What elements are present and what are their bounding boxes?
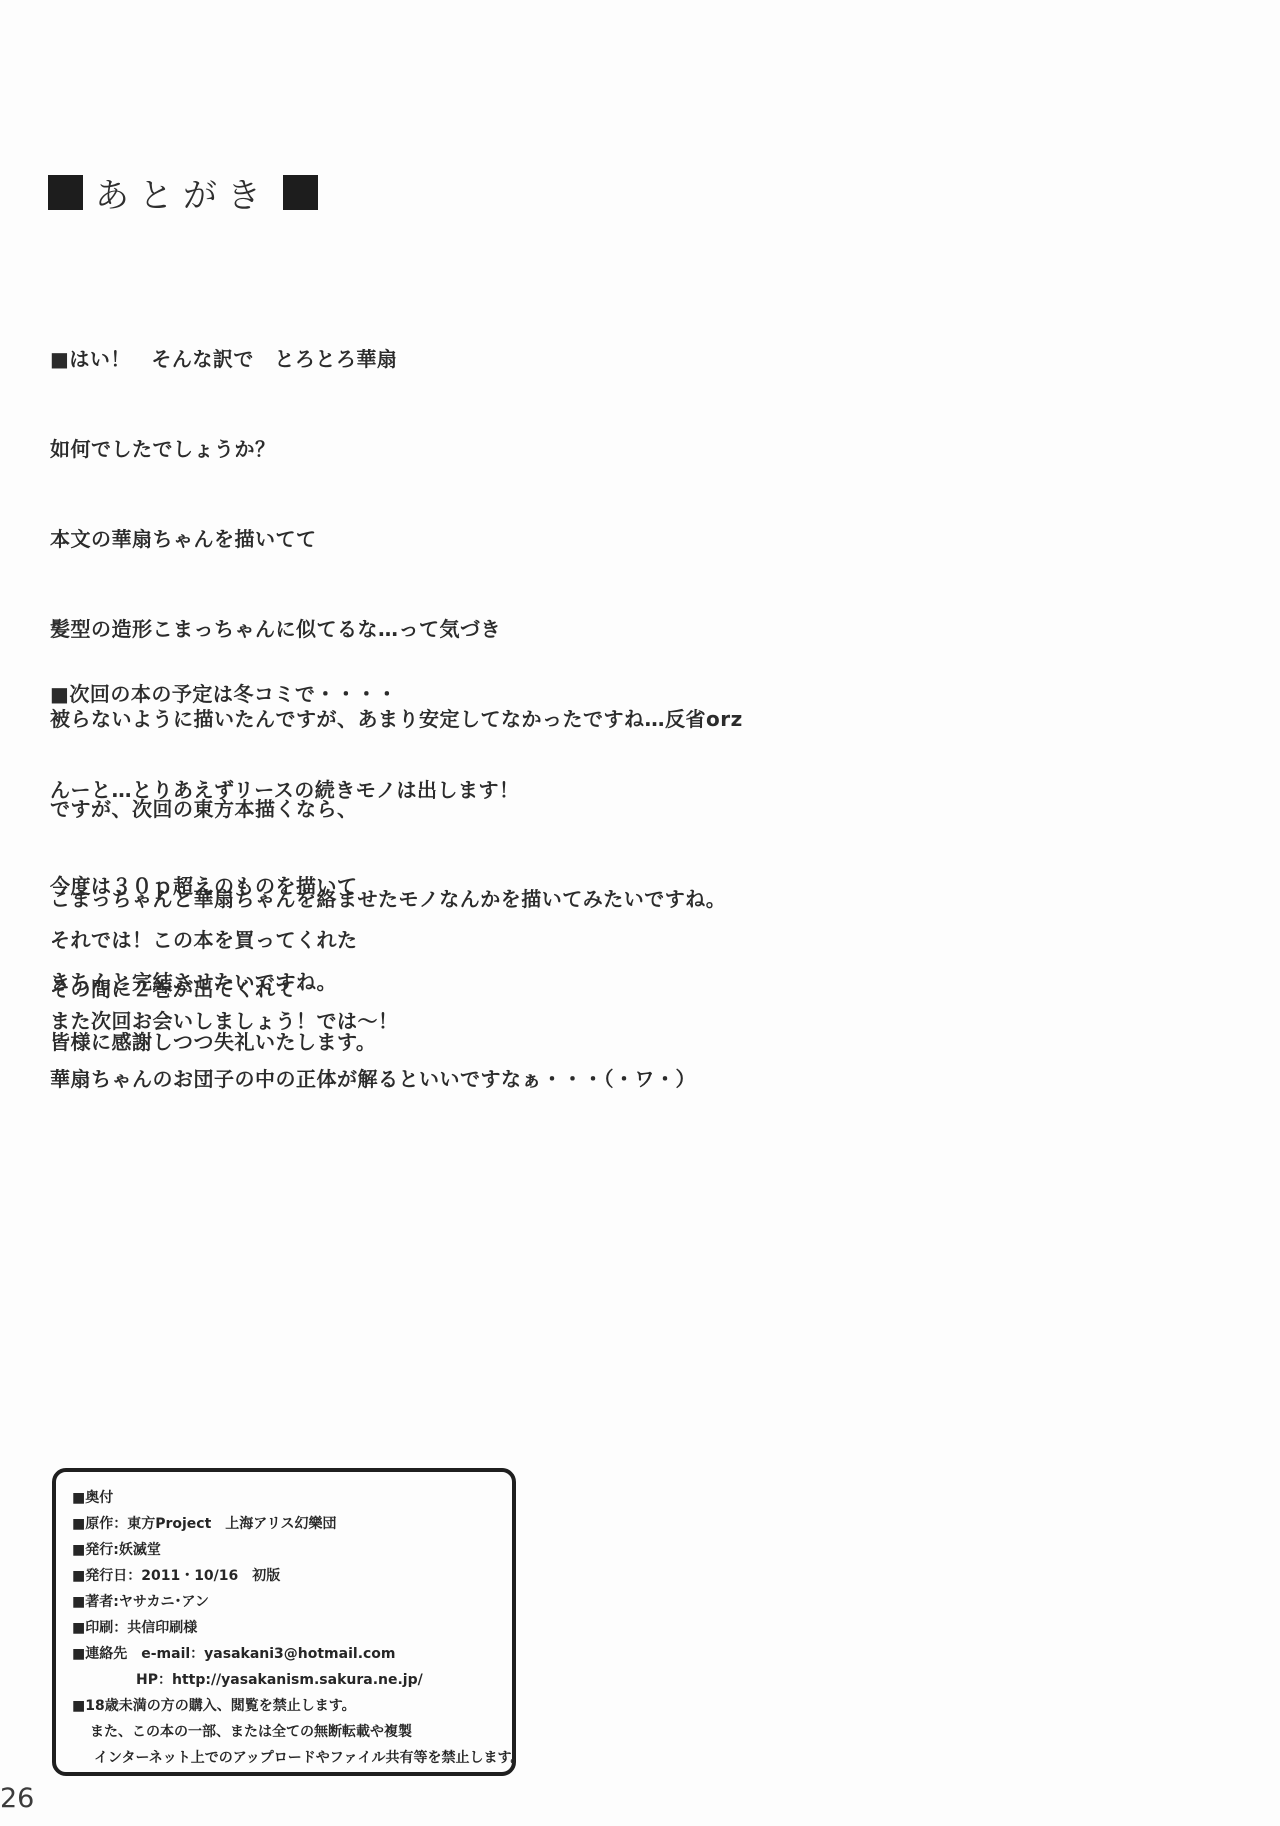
colophon-publisher: ■発行:妖滅堂 — [72, 1537, 508, 1563]
colophon-author: ■著者:ヤサカニ･アン — [72, 1589, 508, 1615]
colophon-contact-email: ■連絡先 e-mail：yasakani3@hotmail.com — [72, 1641, 508, 1667]
black-square-icon — [283, 175, 318, 210]
page-title-text: あとがき — [95, 168, 271, 217]
colophon-original-work: ■原作：東方Project 上海アリス幻樂団 — [72, 1511, 508, 1537]
black-square-icon — [48, 175, 83, 210]
text-line: 本文の華扇ちゃんを描いてて — [50, 524, 743, 554]
text-line: ■次回の本の予定は冬コミで・・・・ — [50, 678, 520, 710]
text-line: んーと…とりあえずリースの続きモノは出します！ — [50, 774, 520, 806]
afterword-page: あとがき ■はい！ そんな訳で とろとろ華扇 如何でしたでしょうか？ 本文の華扇… — [0, 0, 1280, 1826]
colophon-copyright-notice-1: また、この本の一部、または全ての無断転載や複製 — [72, 1719, 508, 1745]
colophon-contact-hp: HP：http://yasakanism.sakura.ne.jp/ — [72, 1667, 508, 1693]
colophon-age-notice: ■18歳未満の方の購入、閲覧を禁止します。 — [72, 1693, 508, 1719]
page-title: あとがき — [48, 168, 318, 217]
text-line: また次回お会いしましょう！では～！ — [50, 1006, 399, 1036]
text-line: ■はい！ そんな訳で とろとろ華扇 — [50, 344, 743, 374]
page-number: 26 — [0, 1783, 34, 1814]
colophon-copyright-notice-2: インターネット上でのアップロードやファイル共有等を禁止します。 — [72, 1745, 508, 1771]
colophon-box: ■奥付 ■原作：東方Project 上海アリス幻樂団 ■発行:妖滅堂 ■発行日：… — [52, 1468, 516, 1776]
colophon-publish-date: ■発行日：2011・10/16 初版 — [72, 1563, 508, 1589]
colophon-heading: ■奥付 — [72, 1485, 508, 1511]
text-line: 如何でしたでしょうか？ — [50, 434, 743, 464]
afterword-paragraph-4: また次回お会いしましょう！では～！ — [50, 946, 399, 1096]
colophon-printer: ■印刷：共信印刷様 — [72, 1615, 508, 1641]
